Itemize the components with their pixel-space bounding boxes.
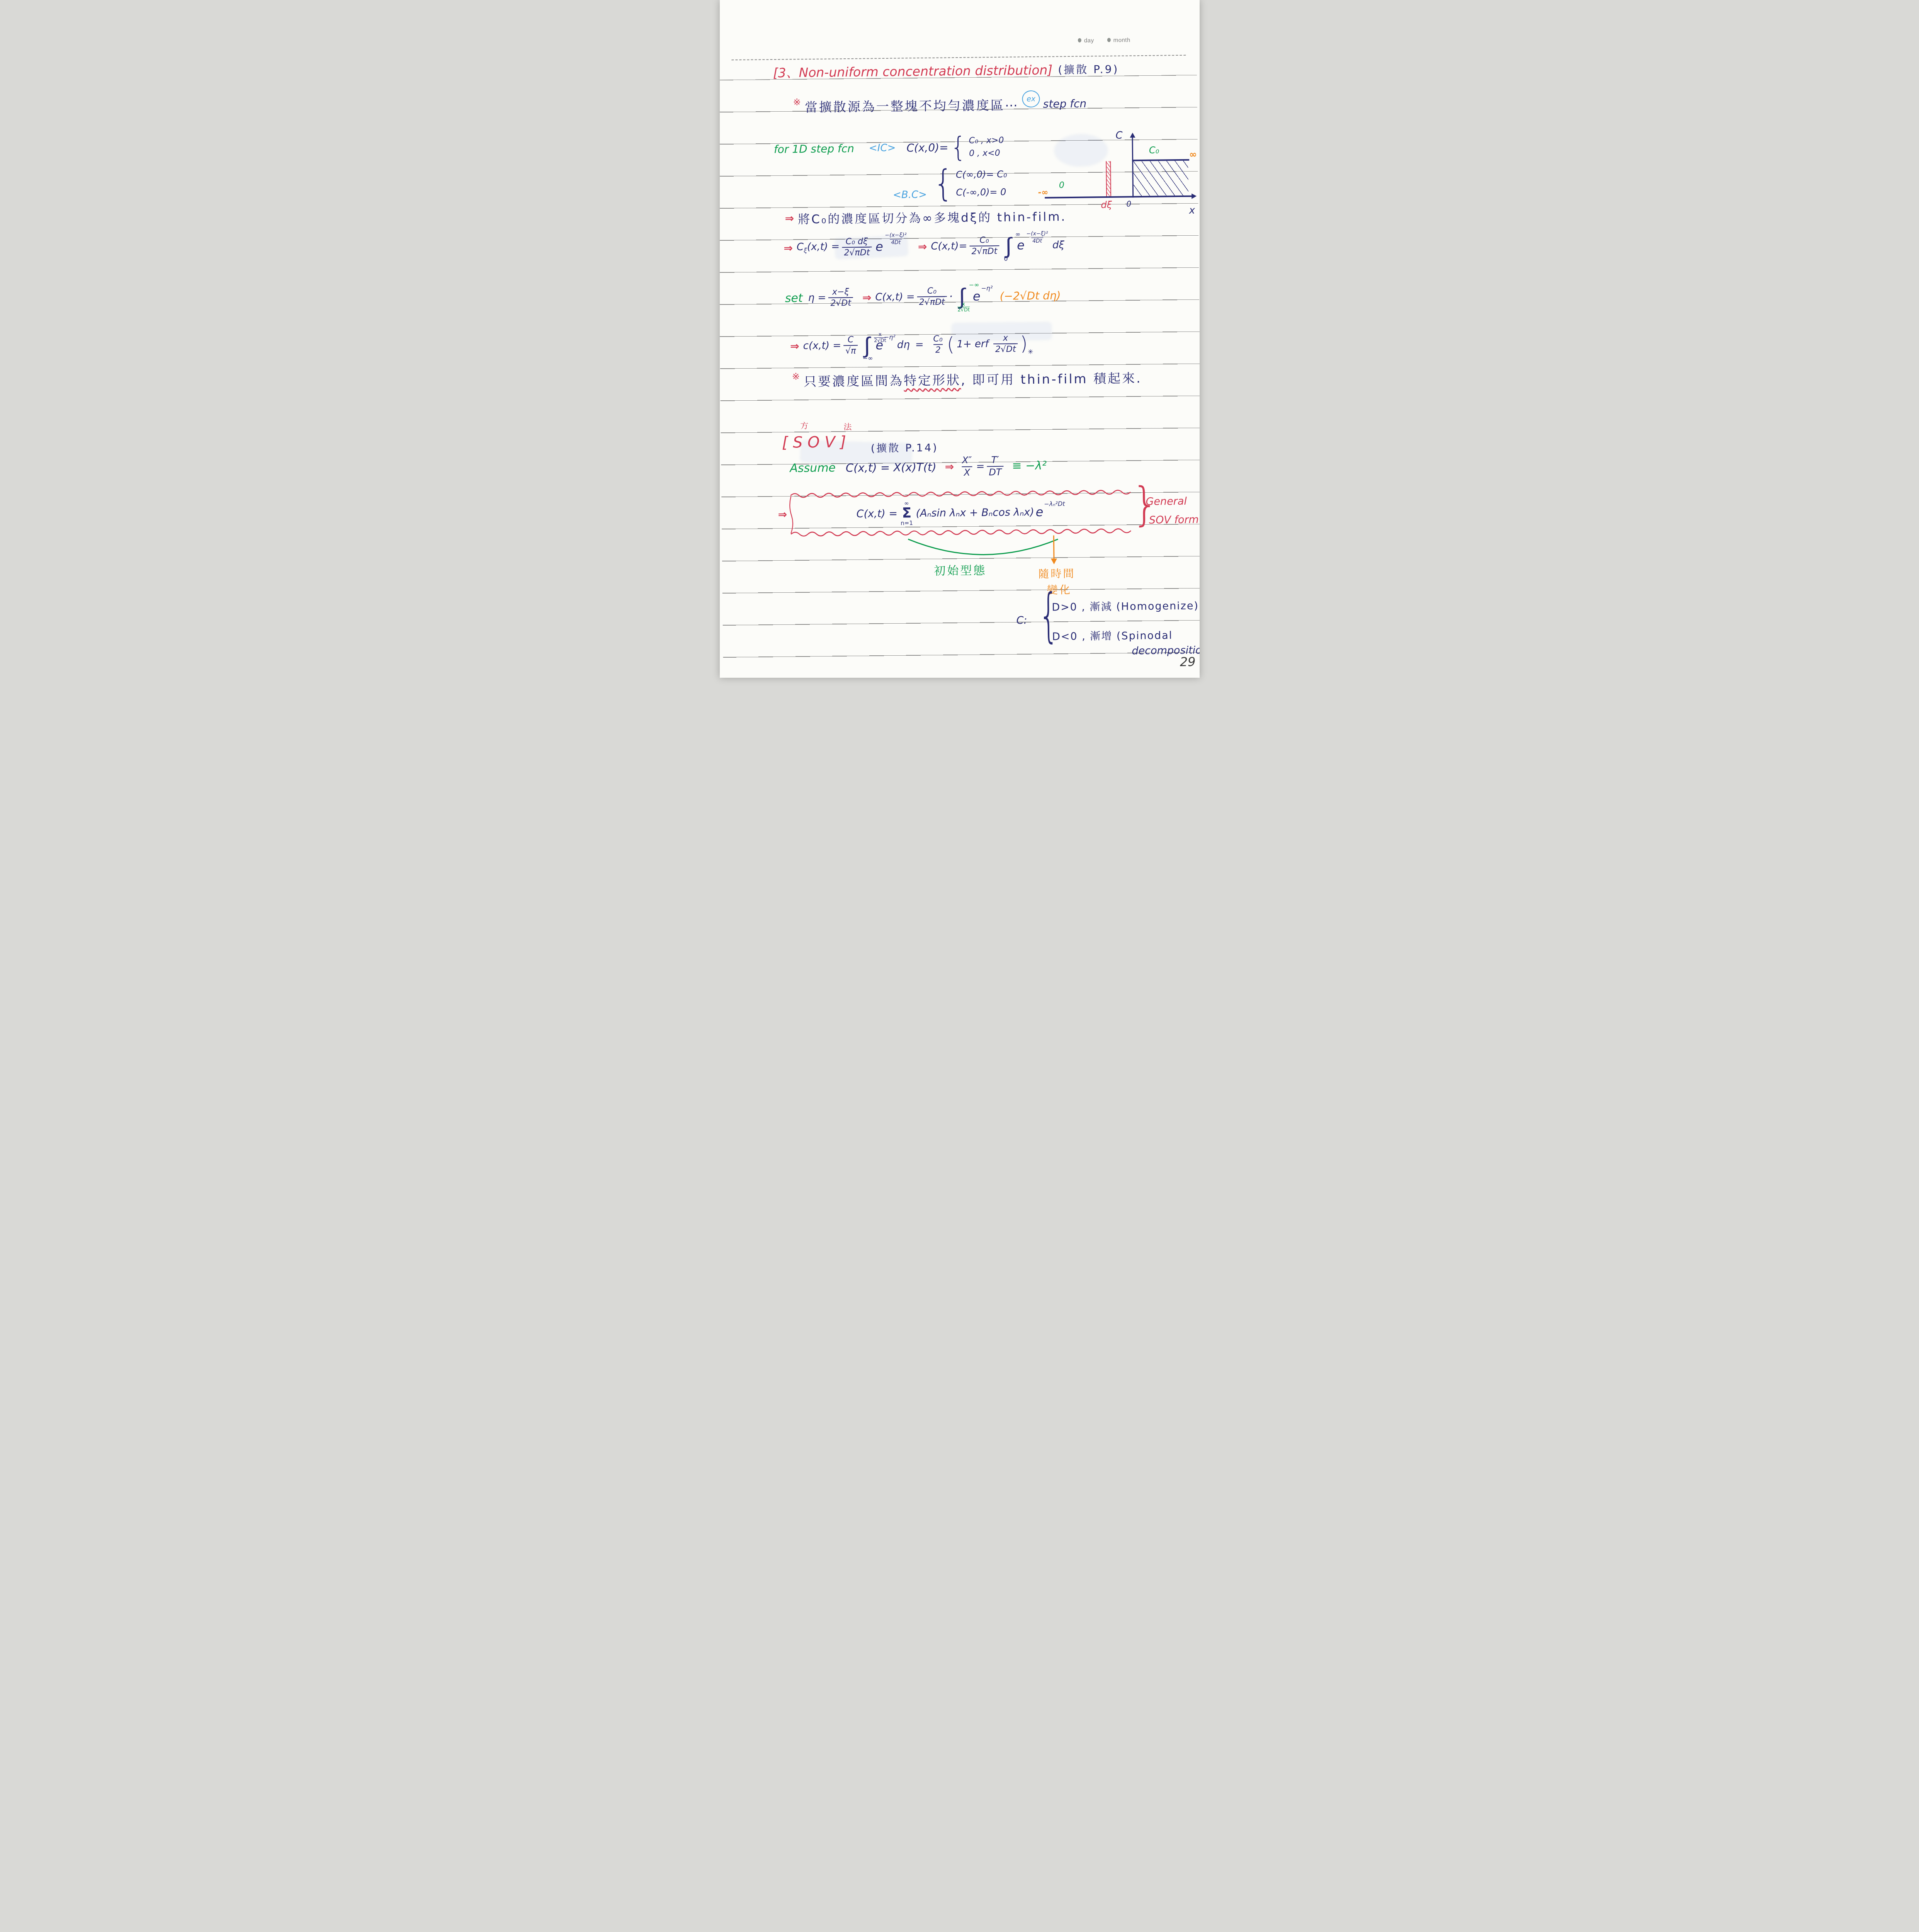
day-month-header: day month (1078, 37, 1130, 44)
sov-lhs: C(x,t) = (856, 507, 897, 520)
c0-label: C₀ (1149, 145, 1159, 156)
implies-arrow: ⇒ (945, 460, 954, 473)
hatched-region (1133, 161, 1188, 196)
y-axis-label: C (1115, 130, 1122, 141)
bc-case-top: C(∞,0)= C₀ (955, 169, 1007, 180)
y-axis-arrow-icon (1130, 133, 1135, 138)
implies-arrow: ⇒ (778, 508, 787, 521)
bc-brace: { (933, 167, 953, 200)
eqset-integral: ∫ −∞ x2√Dt (959, 285, 965, 308)
case-d-positive: D>0 , 漸減 (Homogenize) (1052, 597, 1199, 614)
day-label: day (1078, 37, 1094, 44)
highlighted-phrase: 特定形狀 (904, 372, 961, 388)
ic-case-top: C₀ , x>0 (969, 136, 1004, 146)
section-title: [3、Non-uniform concentration distributio… (773, 60, 1052, 81)
sov-top-char-fa: 法 (843, 421, 853, 432)
general-sov-formula: C(x,t) = ∞ Σ n=1 (Aₙsin λₙx + Bₙcos λₙx)… (792, 493, 1131, 532)
eqerf-fraction: C √π (843, 335, 858, 356)
equals-sign: = (915, 339, 923, 350)
sov-note-line1: General (1146, 495, 1187, 508)
open-paren: ( (947, 335, 954, 354)
c-cases-lhs: C: (1016, 614, 1027, 626)
eta-lhs: η = (808, 292, 826, 304)
remark-text: 只要濃度區間為特定形狀, 即可用 thin-film 積起來. (803, 368, 1142, 390)
ic-lead: for 1D step fcn (773, 142, 854, 155)
zero-on-axis-label: 0 (1059, 180, 1064, 190)
jacobian-term: (−2√Dt dη) (999, 289, 1061, 303)
t-ratio-fraction: T′DT (987, 455, 1004, 478)
month-bullet-icon (1107, 38, 1110, 42)
initial-shape-annotation: 初始型態 (934, 561, 986, 578)
x-axis-arrow-icon (1192, 194, 1197, 199)
eqerf-lhs: c(x,t) = (803, 340, 841, 352)
sov-series-body: (Aₙsin λₙx + Bₙcos λₙx) (916, 506, 1034, 519)
eqerf-integral: ∫ x2√Dt −∞ (864, 334, 870, 356)
x-ratio-fraction: X″X (960, 455, 974, 478)
circled-ex-mark: ex (1022, 90, 1040, 107)
implies-arrow: ⇒ (784, 241, 793, 254)
erf-body: 1+ erf (957, 338, 989, 350)
ic-lhs: C(x,0)= (906, 141, 948, 154)
eq2-exponential: e −(x−ξ)²4Dt (1016, 239, 1049, 252)
sov-top-char-fang: 方 (800, 420, 810, 431)
bc-cases: C(∞,0)= C₀ C(-∞,0)= 0 (955, 169, 1007, 198)
note-mark: ※ (793, 97, 802, 107)
x-axis-label: x (1189, 205, 1195, 216)
ic-brace: { (950, 135, 966, 160)
implies-arrow: ⇒ (790, 340, 799, 352)
origin-zero-label: 0 (1126, 199, 1131, 208)
eq1-fraction: C₀ dξ 2√πDt (841, 236, 871, 258)
page-number: 29 (1180, 655, 1195, 669)
eqset-fraction: C₀ 2√πDt (917, 286, 947, 307)
infinity-label: ∞ (1189, 149, 1197, 160)
implies-arrow: ⇒ (785, 212, 794, 224)
day-bullet-icon (1078, 38, 1081, 43)
eq2-fraction: C₀ 2√πDt (969, 235, 999, 257)
separation-ansatz: C(x,t) = X(x)T(t) (845, 460, 936, 474)
x-axis (1045, 196, 1193, 199)
assume-keyword: Assume (790, 461, 836, 475)
eq1-exponential: e −(x−ξ)²4Dt (875, 240, 908, 254)
page-content: day month [3、Non-uniform concentration d… (720, 0, 1200, 678)
orange-down-arrow-icon (1049, 535, 1058, 565)
ic-case-bottom: 0 , x<0 (969, 148, 1004, 158)
eq2-integral: ∫ ∞ 0 (1005, 235, 1011, 257)
close-paren: ) (1020, 334, 1028, 353)
slice-text: 將C₀的濃度區切分為∞多塊dξ的 thin-film. (797, 207, 1066, 227)
eq1-lhs: Cξ(x,t) = (796, 241, 840, 254)
eq2-differential: dξ (1052, 239, 1064, 251)
erf-arg-fraction: x 2√Dt (993, 333, 1018, 354)
d-xi-label: dξ (1101, 199, 1112, 210)
footnote-star-icon: ✳ (1028, 348, 1033, 356)
eta-fraction: x−ξ 2√Dt (828, 287, 853, 308)
sov-bracket-title: [ S O V ] (782, 433, 846, 452)
neg-infinity-label: -∞ (1038, 188, 1048, 197)
intro-tail: step fcn (1043, 97, 1086, 111)
green-underbrace-arc (906, 535, 1060, 562)
thin-film-strip (1106, 161, 1111, 196)
eq2-lhs: C(x,t)= (931, 240, 967, 252)
sov-note-line2: SOV form (1149, 514, 1198, 526)
bc-case-bottom: C(-∞,0)= 0 (956, 187, 1007, 198)
eqerf-rhs-fraction: C₀ 2 (931, 334, 945, 355)
eqerf-differential: dη (897, 339, 909, 350)
eqset-exponential: e −η² (972, 290, 993, 303)
sov-ref: (擴散 P.14) (870, 439, 938, 455)
bc-tag: <B.C> (892, 189, 926, 201)
eqset-lhs: C(x,t) = (875, 291, 915, 303)
section-title-ref: (擴散 P.9) (1058, 61, 1119, 77)
eigenvalue-identity: ≡ −λ² (1012, 459, 1047, 473)
summation: ∞ Σ n=1 (900, 500, 913, 526)
note-mark: ※ (792, 371, 801, 382)
ic-cases: C₀ , x>0 0 , x<0 (969, 136, 1004, 158)
case-d-negative: D<0 , 漸增 (Spinodal (1052, 627, 1172, 643)
month-label: month (1107, 37, 1130, 44)
intro-text: 當擴散源為一整塊不均勻濃度區⋯ (804, 95, 1019, 116)
general-sov-box: C(x,t) = ∞ Σ n=1 (Aₙsin λₙx + Bₙcos λₙx)… (789, 488, 1134, 537)
time-evolution-annotation-1: 隨時間 (1038, 565, 1075, 581)
sov-exponential: e −λₙ²Dt (1035, 505, 1065, 518)
dot-operator: · (949, 290, 953, 303)
notebook-page: day month [3、Non-uniform concentration d… (720, 0, 1200, 678)
set-keyword: set (785, 291, 802, 305)
implies-arrow: ⇒ (918, 240, 927, 253)
implies-arrow: ⇒ (862, 291, 871, 304)
equals-sign: = (976, 461, 984, 472)
ic-tag: <IC> (869, 142, 896, 154)
